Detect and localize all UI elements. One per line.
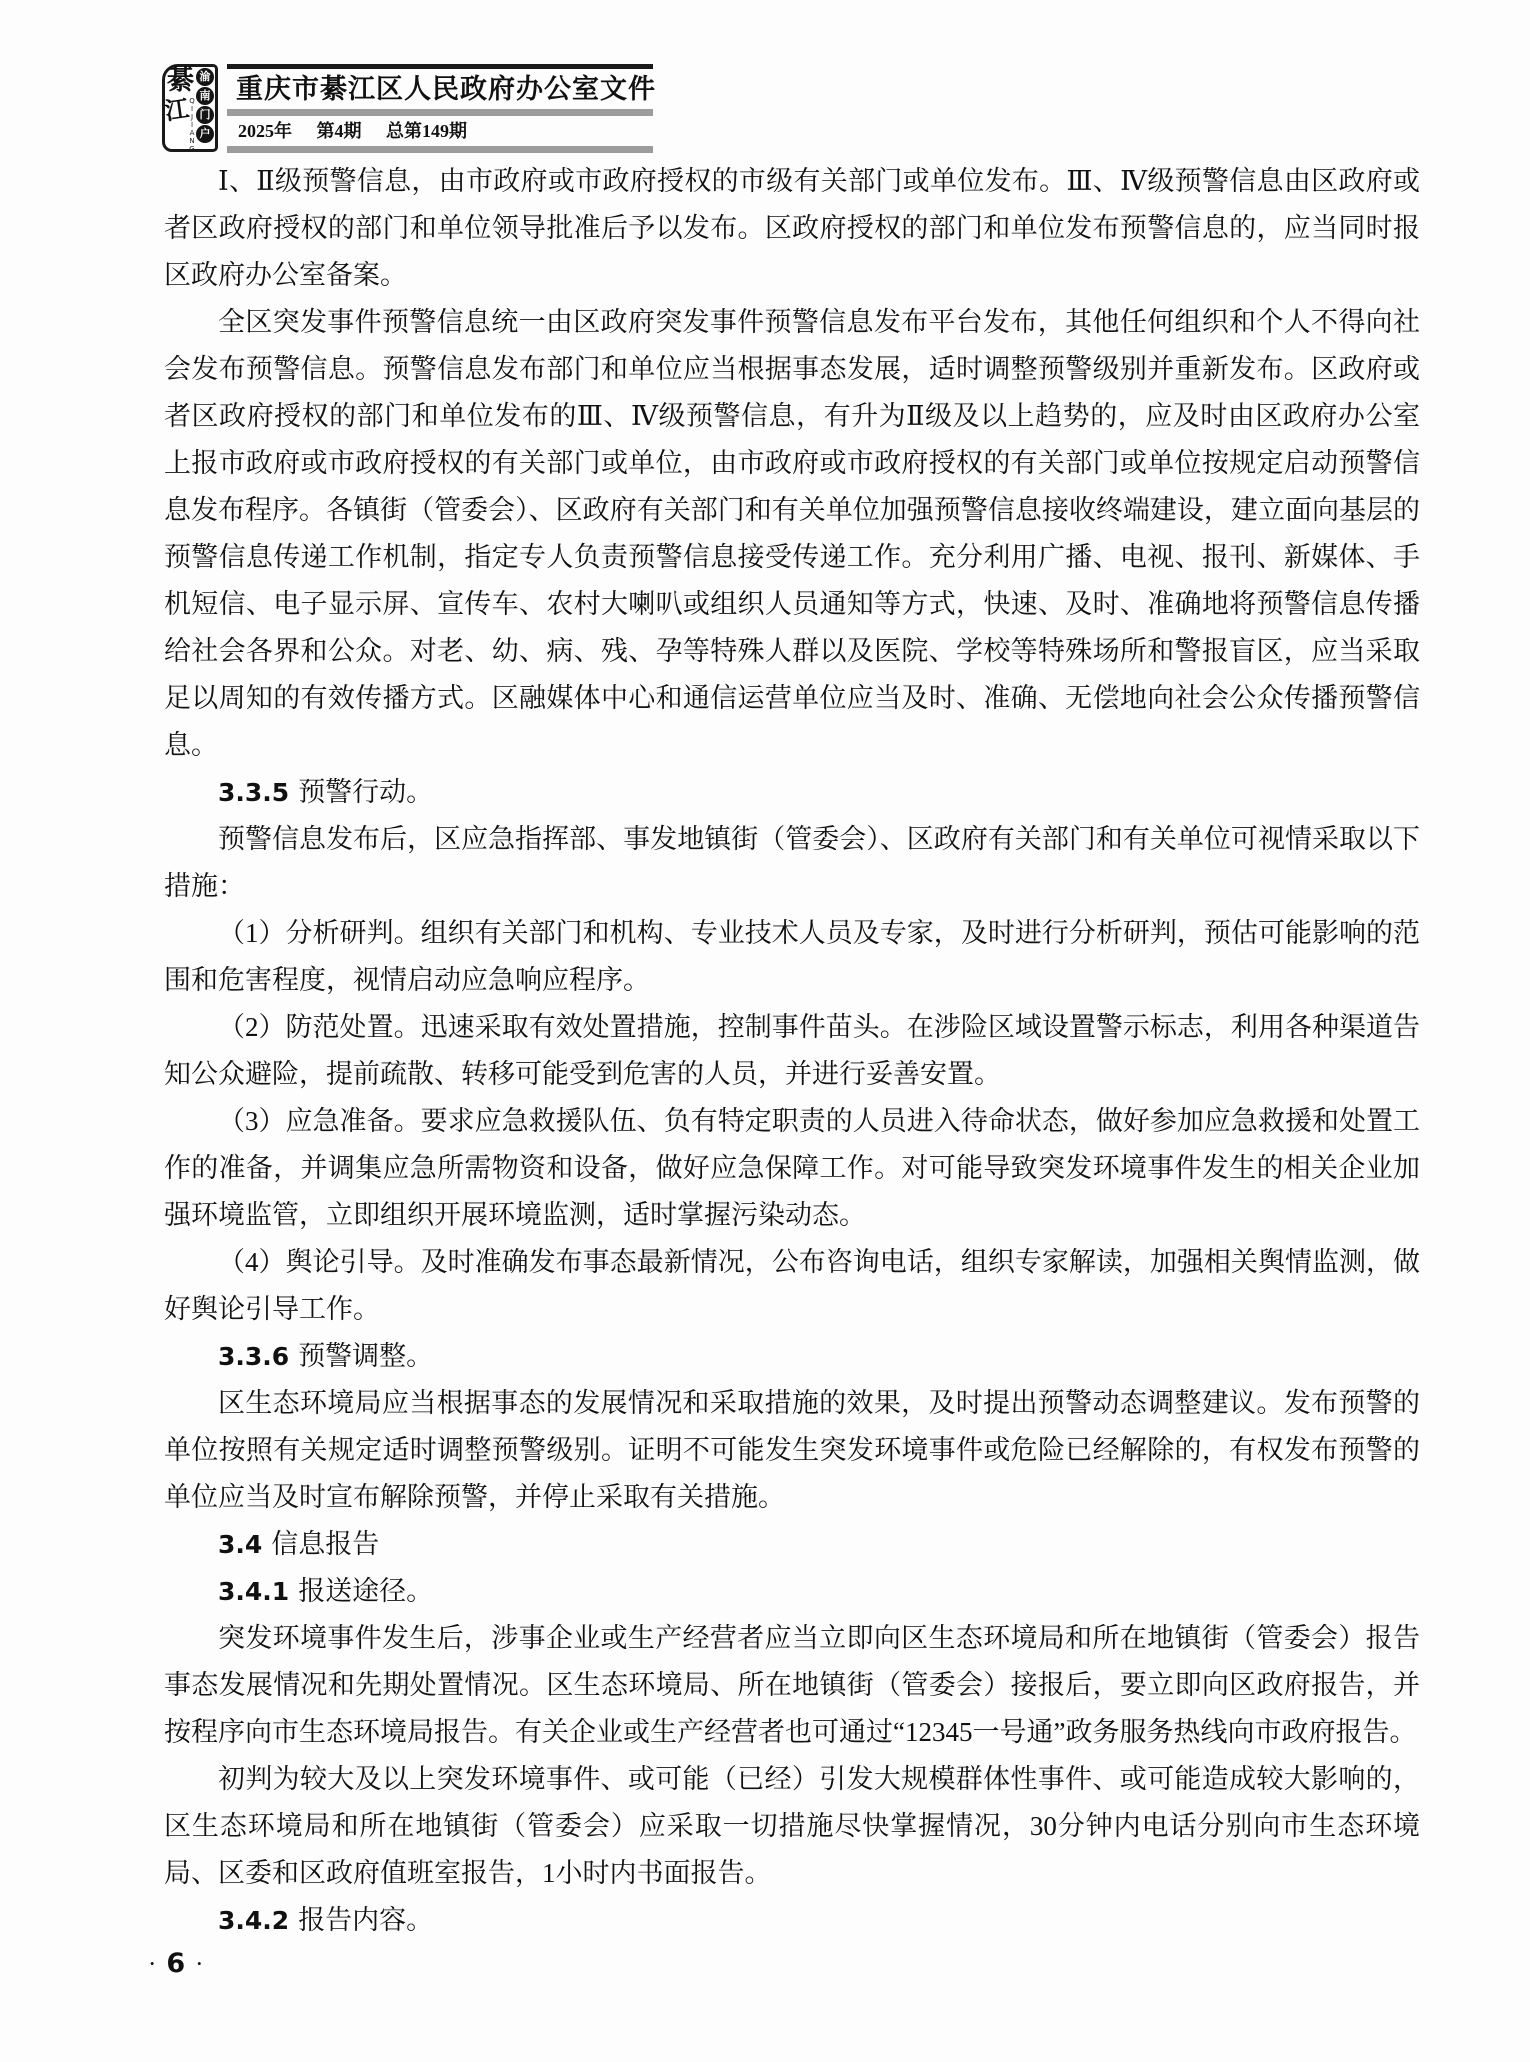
seal-icon: 南 bbox=[196, 87, 214, 105]
document-body: Ⅰ、Ⅱ级预警信息，由市政府或市政府授权的市级有关部门或单位发布。Ⅲ、Ⅳ级预警信息… bbox=[164, 158, 1420, 1944]
paragraph: Ⅰ、Ⅱ级预警信息，由市政府或市政府授权的市级有关部门或单位发布。Ⅲ、Ⅳ级预警信息… bbox=[164, 158, 1420, 299]
seal-icon: 渝 bbox=[196, 68, 214, 86]
document-title: 重庆市綦江区人民政府办公室文件 bbox=[227, 69, 653, 109]
header-rule-middle bbox=[227, 109, 653, 116]
seal-icon: 户 bbox=[196, 125, 214, 143]
section-number: 3.3.6 bbox=[218, 1342, 289, 1371]
seal-column: 渝 南 门 户 bbox=[196, 68, 214, 143]
section-heading-label: 预警行动。 bbox=[298, 777, 433, 807]
paragraph: 初判为较大及以上突发环境事件、或可能（已经）引发大规模群体性事件、或可能造成较大… bbox=[164, 1756, 1420, 1897]
header-rule-bottom bbox=[227, 146, 653, 153]
issue-year: 2025年 bbox=[238, 121, 292, 141]
logo-latin-text: QIJIANG bbox=[188, 97, 195, 153]
issue-info: 2025年 第4期 总第149期 bbox=[227, 116, 653, 147]
page-number-value: 6 bbox=[166, 1948, 187, 1979]
section-number: 3.4.2 bbox=[218, 1906, 289, 1935]
section-number: 3.3.5 bbox=[218, 778, 289, 807]
document-page: 綦 江 QIJIANG 渝 南 门 户 重庆市綦江区人民政府办公室文件 2025… bbox=[0, 0, 1530, 2062]
paragraph: 区生态环境局应当根据事态的发展情况和采取措施的效果，及时提出预警动态调整建议。发… bbox=[164, 1380, 1420, 1521]
section-heading: 3.4信息报告 bbox=[164, 1521, 1420, 1568]
header-title-block: 重庆市綦江区人民政府办公室文件 2025年 第4期 总第149期 bbox=[227, 64, 653, 153]
paragraph: （4）舆论引导。及时准确发布事态最新情况，公布咨询电话，组织专家解读，加强相关舆… bbox=[164, 1239, 1420, 1333]
page-number: ·6· bbox=[148, 1948, 205, 1979]
section-number: 3.4.1 bbox=[218, 1577, 289, 1606]
logo-char-bottom: 江 bbox=[163, 97, 190, 124]
section-heading-label: 报告内容。 bbox=[298, 1905, 433, 1935]
paragraph: 预警信息发布后，区应急指挥部、事发地镇街（管委会）、区政府有关部门和有关单位可视… bbox=[164, 816, 1420, 910]
page-number-separator: · bbox=[195, 1951, 205, 1978]
issue-number: 第4期 bbox=[317, 121, 362, 141]
issue-total: 总第149期 bbox=[386, 121, 467, 141]
page-number-separator: · bbox=[148, 1951, 158, 1978]
paragraph: （2）防范处置。迅速采取有效处置措施，控制事件苗头。在涉险区域设置警示标志，利用… bbox=[164, 1004, 1420, 1098]
paragraph: 突发环境事件发生后，涉事企业或生产经营者应当立即向区生态环境局和所在地镇街（管委… bbox=[164, 1615, 1420, 1756]
section-number: 3.4 bbox=[218, 1530, 262, 1559]
section-heading: 3.3.6预警调整。 bbox=[164, 1333, 1420, 1380]
paragraph: （3）应急准备。要求应急救援队伍、负有特定职责的人员进入待命状态，做好参加应急救… bbox=[164, 1098, 1420, 1239]
paragraph: （1）分析研判。组织有关部门和机构、专业技术人员及专家，及时进行分析研判，预估可… bbox=[164, 910, 1420, 1004]
section-heading-label: 信息报告 bbox=[271, 1529, 379, 1559]
document-header: 綦 江 QIJIANG 渝 南 门 户 重庆市綦江区人民政府办公室文件 2025… bbox=[162, 64, 653, 153]
section-heading: 3.4.1报送途径。 bbox=[164, 1568, 1420, 1615]
section-heading-label: 预警调整。 bbox=[298, 1341, 433, 1371]
section-heading: 3.3.5预警行动。 bbox=[164, 769, 1420, 816]
qijiang-logo-seal: 綦 江 QIJIANG 渝 南 门 户 bbox=[162, 64, 218, 152]
section-heading-label: 报送途径。 bbox=[298, 1576, 433, 1606]
paragraph: 全区突发事件预警信息统一由区政府突发事件预警信息发布平台发布，其他任何组织和个人… bbox=[164, 299, 1420, 769]
seal-icon: 门 bbox=[196, 106, 214, 124]
logo-char-top: 綦 bbox=[167, 67, 194, 94]
section-heading: 3.4.2报告内容。 bbox=[164, 1897, 1420, 1944]
